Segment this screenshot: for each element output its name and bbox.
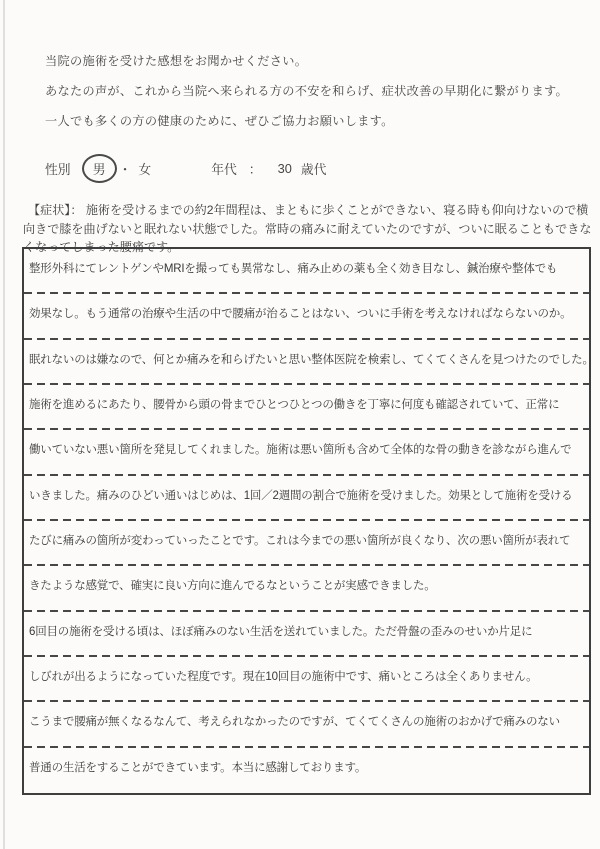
age-value: 30 [278, 161, 292, 176]
feedback-line: きたような感覚で、確実に良い方向に進んでるなということが実感できました。 [24, 566, 589, 611]
gender-female-option: 女 [138, 159, 151, 178]
gender-label: 性別 [45, 159, 71, 178]
intro-section: 当院の施術を受けた感想をお聞かせください。 あなたの声が、これから当院へ来られる… [45, 46, 580, 136]
intro-line-1: 当院の施術を受けた感想をお聞かせください。 [45, 46, 580, 76]
symptom-colon: ： [70, 203, 82, 217]
feedback-line: 眠れないのは嫌なので、何とか痛みを和らげたいと思い整体医院を検索し、てくてくさん… [24, 340, 589, 385]
intro-line-2: あなたの声が、これから当院へ来られる方の不安を和らげ、症状改善の早期化に繋がりま… [45, 76, 580, 106]
feedback-line: 働いていない悪い箇所を発見してくれました。施術は悪い箇所も含めて全体的な骨の動き… [24, 430, 589, 475]
feedback-line: 整形外科にてレントゲンやMRIを撮っても異常なし、痛み止めの薬も全く効き目なし、… [24, 249, 589, 294]
feedback-box: 整形外科にてレントゲンやMRIを撮っても異常なし、痛み止めの薬も全く効き目なし、… [22, 247, 591, 795]
symptom-label: 【症状】 [28, 203, 70, 217]
intro-line-3: 一人でも多くの方の健康のために、ぜひご協力お願いします。 [45, 106, 580, 136]
feedback-line: こうまで腰痛が無くなるなんて、考えられなかったのですが、てくてくさんの施術のおか… [24, 702, 589, 747]
feedback-line: いきました。痛みのひどい通いはじめは、1回／2週間の割合で施術を受けました。効果… [24, 476, 589, 521]
age-unit: 歳代 [301, 159, 327, 178]
scan-edge-artifact [3, 0, 5, 849]
gender-male-selected-circle: 男 [82, 154, 117, 183]
feedback-line: 6回目の施術を受ける頃は、ほぼ痛みのない生活を送れていました。ただ骨盤の歪みのせ… [24, 612, 589, 657]
feedback-line: 施術を進めるにあたり、腰骨から頭の骨までひとつひとつの働きを丁寧に何度も確認され… [24, 385, 589, 430]
feedback-line: 普通の生活をすることができています。本当に感謝しております。 [24, 748, 589, 793]
gender-separator: ・ [119, 159, 132, 178]
age-colon: ： [249, 159, 262, 178]
survey-sheet: 当院の施術を受けた感想をお聞かせください。 あなたの声が、これから当院へ来られる… [0, 0, 600, 849]
age-label: 年代 [211, 159, 237, 178]
feedback-line: しびれが出るようになっていた程度です。現在10回目の施術中です、痛いところは全く… [24, 657, 589, 702]
gender-male-option: 男 [93, 159, 106, 178]
feedback-line: たびに痛みの箇所が変わっていったことです。これは今までの悪い箇所が良くなり、次の… [24, 521, 589, 566]
profile-row: 性別 男 ・ 女 年代 ： 30 歳代 [45, 151, 326, 185]
feedback-line: 効果なし。もう通常の治療や生活の中で腰痛が治ることはない、ついに手術を考えなけれ… [24, 294, 589, 339]
